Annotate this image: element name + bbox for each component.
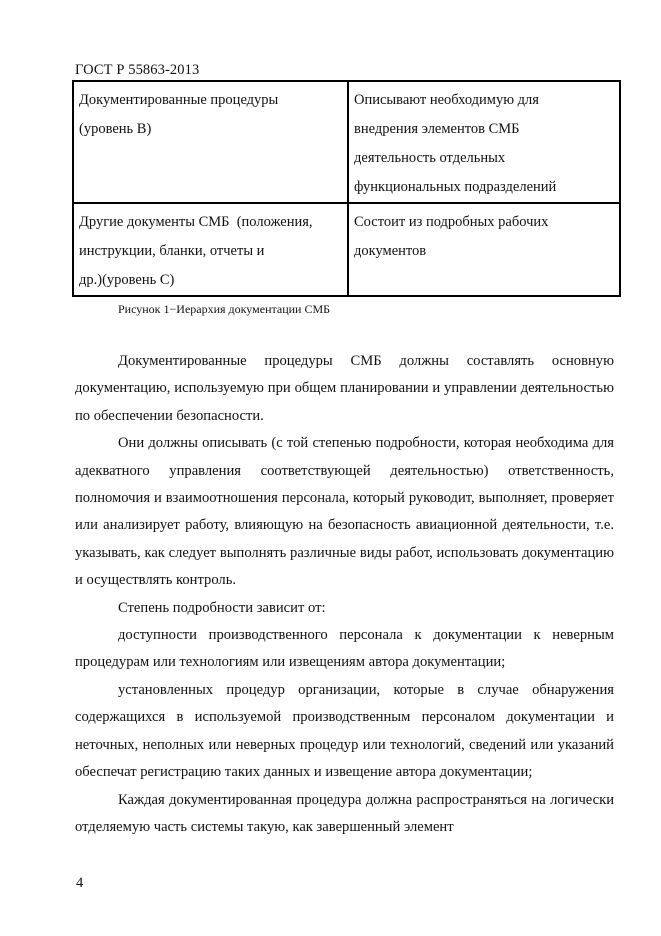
paragraph: Они должны описывать (с той степенью под…	[75, 430, 614, 594]
cell-line: документов	[354, 237, 613, 266]
paragraph: доступности производственного персонала …	[75, 622, 614, 677]
cell-line: Описывают необходимую для	[354, 86, 613, 115]
paragraph: Каждая документированная процедура должн…	[75, 787, 614, 842]
cell-line: функциональных подразделений	[354, 173, 613, 202]
table-cell-description: Состоит из подробных рабочих документов	[348, 203, 620, 296]
cell-line: др.)(уровень С)	[79, 266, 341, 295]
paragraph: Документированные процедуры СМБ должны с…	[75, 348, 614, 430]
cell-line: инструкции, бланки, отчеты и	[79, 237, 341, 266]
table-row: Документированные процедуры (уровень В) …	[73, 81, 620, 203]
cell-line: Другие документы СМБ (положения,	[79, 208, 341, 237]
table-cell-level: Другие документы СМБ (положения, инструк…	[73, 203, 348, 296]
table-cell-description: Описывают необходимую для внедрения элем…	[348, 81, 620, 203]
cell-line: Состоит из подробных рабочих	[354, 208, 613, 237]
cell-line: (уровень В)	[79, 115, 341, 144]
page-number: 4	[76, 875, 83, 892]
figure-caption: Рисунок 1−Иерархия документации СМБ	[118, 302, 330, 317]
cell-line: Документированные процедуры	[79, 86, 341, 115]
cell-line: деятельность отдельных	[354, 144, 613, 173]
paragraph: установленных процедур организации, кото…	[75, 677, 614, 787]
cell-line: внедрения элементов СМБ	[354, 115, 613, 144]
document-header: ГОСТ Р 55863-2013	[75, 62, 199, 79]
table-cell-level: Документированные процедуры (уровень В)	[73, 81, 348, 203]
body-text: Документированные процедуры СМБ должны с…	[75, 348, 614, 841]
table-row: Другие документы СМБ (положения, инструк…	[73, 203, 620, 296]
documentation-hierarchy-table: Документированные процедуры (уровень В) …	[72, 80, 621, 297]
paragraph: Степень подробности зависит от:	[75, 595, 614, 622]
